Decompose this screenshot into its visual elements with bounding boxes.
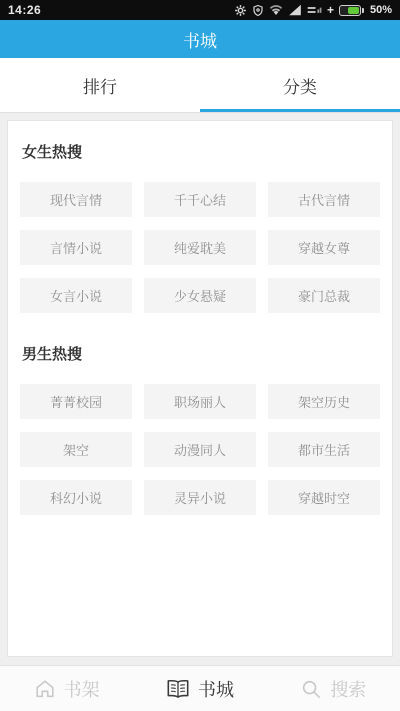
tag-urban-life[interactable]: 都市生活 [268,432,380,467]
section-female-hot: 女生热搜 现代言情 千千心结 古代言情 言情小说 纯爱耽美 穿越女尊 女言小说 … [20,141,380,313]
sim-signal-icon [307,4,322,16]
tab-category-underline [200,109,400,112]
plus-icon: + [327,4,334,16]
status-bar: 14:26 [0,0,400,20]
nav-bookcity-label: 书城 [198,676,234,702]
book-icon [166,678,190,700]
battery-icon [339,5,361,16]
tag-modern-romance[interactable]: 现代言情 [20,182,132,217]
tag-nvyan-novel[interactable]: 女言小说 [20,278,132,313]
battery-cap [362,8,364,13]
nav-bookshelf-label: 书架 [64,676,100,702]
tag-rich-ceo[interactable]: 豪门总裁 [268,278,380,313]
tab-bar: 排行 分类 [0,58,400,113]
tag-crossover-nvzun[interactable]: 穿越女尊 [268,230,380,265]
tab-category[interactable]: 分类 [200,58,400,112]
tag-time-travel[interactable]: 穿越时空 [268,480,380,515]
tag-ancient-romance[interactable]: 古代言情 [268,182,380,217]
tag-scifi-novel[interactable]: 科幻小说 [20,480,132,515]
tag-supernatural[interactable]: 灵异小说 [144,480,256,515]
female-tag-grid: 现代言情 千千心结 古代言情 言情小说 纯爱耽美 穿越女尊 女言小说 少女悬疑 … [20,182,380,313]
tab-ranking[interactable]: 排行 [0,58,200,112]
nav-bookcity[interactable]: 书城 [133,666,266,711]
wifi-icon [269,4,283,16]
home-icon [34,678,56,700]
tab-category-label: 分类 [283,73,317,98]
battery-percent: 50% [370,4,392,16]
app-header: 书城 [0,20,400,58]
phone-screen: 14:26 [0,0,400,711]
page-title: 书城 [183,27,217,52]
search-icon [300,678,322,700]
nav-search-label: 搜索 [330,676,366,702]
tag-jiakong[interactable]: 架空 [20,432,132,467]
tag-qianqian-xinjie[interactable]: 千千心结 [144,182,256,217]
shield-icon [252,4,264,17]
tab-ranking-underline [0,109,200,112]
male-tag-grid: 菁菁校园 职场丽人 架空历史 架空 动漫同人 都市生活 科幻小说 灵异小说 穿越… [20,384,380,515]
tab-ranking-label: 排行 [83,73,117,98]
tag-workplace-lady[interactable]: 职场丽人 [144,384,256,419]
tag-romance-novel[interactable]: 言情小说 [20,230,132,265]
tag-alt-history[interactable]: 架空历史 [268,384,380,419]
gear-icon [234,4,247,17]
tag-anime-fanfic[interactable]: 动漫同人 [144,432,256,467]
tag-pure-love-danmei[interactable]: 纯爱耽美 [144,230,256,265]
tag-girl-suspense[interactable]: 少女悬疑 [144,278,256,313]
bottom-nav: 书架 书城 搜索 [0,665,400,711]
nav-bookshelf[interactable]: 书架 [0,666,133,711]
tag-campus[interactable]: 菁菁校园 [20,384,132,419]
section-male-hot: 男生热搜 菁菁校园 职场丽人 架空历史 架空 动漫同人 都市生活 科幻小说 灵异… [20,343,380,515]
content-area: 女生热搜 现代言情 千千心结 古代言情 言情小说 纯爱耽美 穿越女尊 女言小说 … [0,113,400,665]
status-icons: + 50% [234,4,392,17]
section-title-female: 女生热搜 [22,141,380,162]
battery-fill [348,7,359,14]
nav-search[interactable]: 搜索 [267,666,400,711]
signal-icon [288,4,302,16]
status-time: 14:26 [8,3,41,17]
section-title-male: 男生热搜 [22,343,380,364]
category-card: 女生热搜 现代言情 千千心结 古代言情 言情小说 纯爱耽美 穿越女尊 女言小说 … [7,120,393,657]
